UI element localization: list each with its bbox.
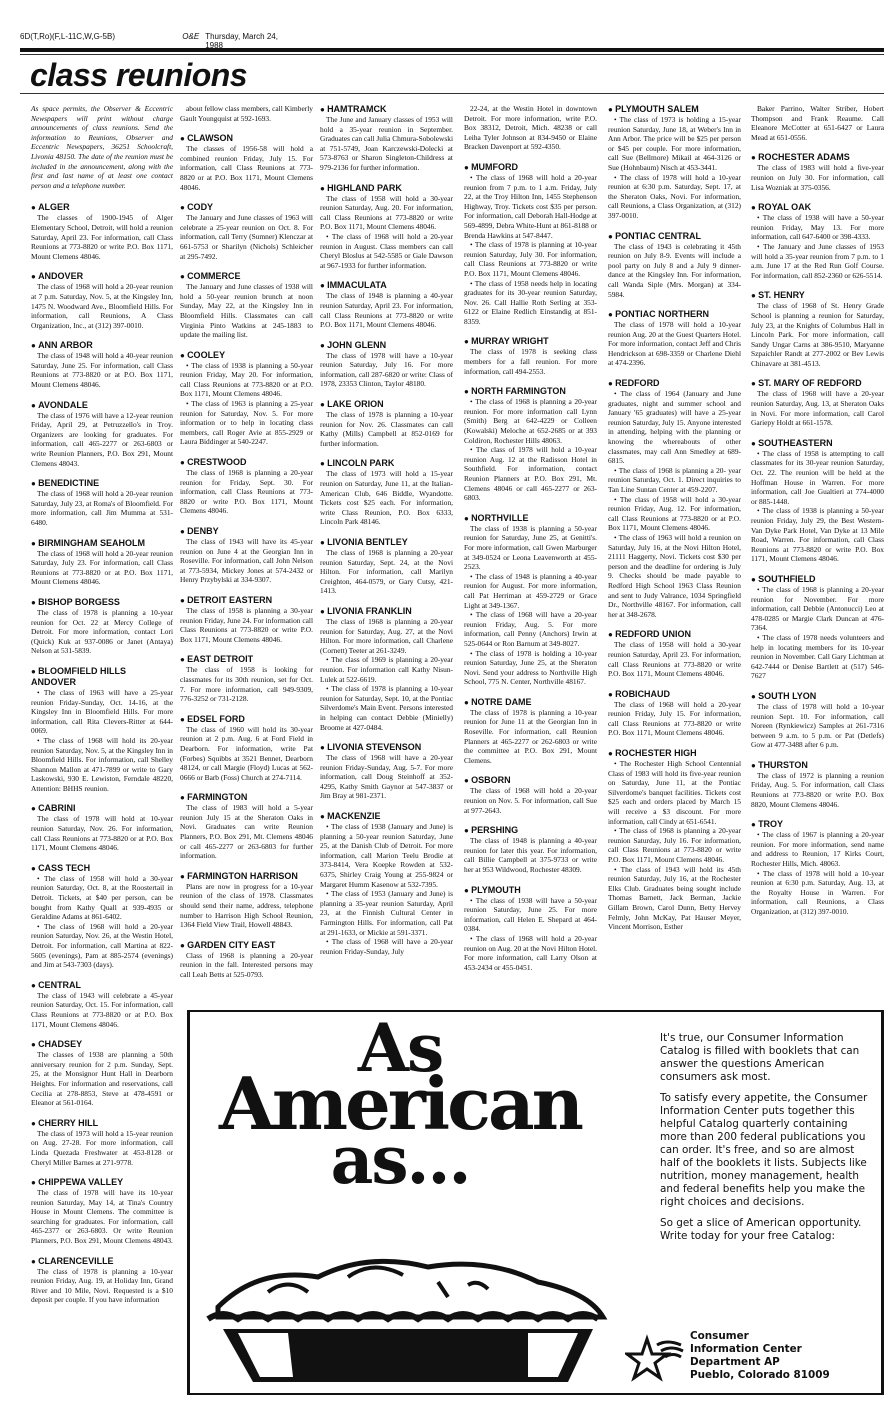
column-1: As space permits, the Observer & Eccentr… — [31, 104, 173, 1315]
reunion-listing: ALGERThe classes of 1900-1945 of Alger E… — [31, 202, 173, 261]
ad-paragraph: To satisfy every appetite, the Consumer … — [660, 1092, 870, 1209]
school-name: SOUTHFIELD — [751, 574, 884, 585]
school-name: DENBY — [180, 526, 313, 537]
school-name: NOTRE DAME — [464, 697, 597, 708]
ad-paragraph: It's true, our Consumer Information Cata… — [660, 1032, 870, 1084]
listing-text: The class of 1948 is planning a 40-year … — [464, 836, 597, 874]
reunion-listing: SOUTH LYONThe class of 1978 will hold a … — [751, 691, 884, 750]
reunion-listing: NORTH FARMINGTON• The class of 1968 is p… — [464, 386, 597, 503]
ad-paragraph: So get a slice of American opportunity. … — [660, 1217, 870, 1243]
listing-text: • The class of 1968 will hold a 20-year … — [464, 173, 597, 240]
listing-text: The class of 1958 is planning a 30-year … — [180, 606, 313, 644]
column-4: 22-24, at the Westin Hotel in downtown D… — [464, 104, 597, 982]
listing-text: • The class of 1943 will hold its 45th r… — [608, 865, 741, 932]
header-rule — [20, 48, 884, 52]
school-name: DETROIT EASTERN — [180, 595, 313, 606]
listing-text: Plans are now in progress for a 10-year … — [180, 882, 313, 930]
school-name: NORTH FARMINGTON — [464, 386, 597, 397]
consumer-info-ad: As American as... It's true, our Consume… — [187, 1010, 884, 1395]
listing-text: The class of 1978 will hold at 10-year r… — [31, 814, 173, 852]
listing-text: • The class of 1938 (January and June) i… — [320, 822, 453, 889]
reunion-listing: AVONDALEThe class of 1976 will have a 12… — [31, 400, 173, 469]
school-name: IMMACULATA — [320, 280, 453, 291]
school-name: PONTIAC CENTRAL — [608, 231, 741, 242]
school-name: CODY — [180, 202, 313, 213]
listing-text: • The class of 1969 is planning a 20-yea… — [320, 655, 453, 684]
reunion-listing: EAST DETROITThe class of 1958 is looking… — [180, 654, 313, 703]
reunion-listing: PERSHINGThe class of 1948 is planning a … — [464, 825, 597, 874]
reunion-listing: REDFORD• The class of 1964 (January and … — [608, 378, 741, 619]
reunion-listing: MUMFORD• The class of 1968 will hold a 2… — [464, 162, 597, 327]
school-name: EDSEL FORD — [180, 714, 313, 725]
reunion-listing: ROBICHAUDThe class of 1968 will hold a 2… — [608, 689, 741, 738]
listing-text: The class of 1943 will celebrate a 45-ye… — [31, 991, 173, 1029]
listing-text: The class of 1978 will hold a 10-year re… — [751, 702, 884, 750]
school-name: ROCHESTER HIGH — [608, 748, 741, 759]
listing-text: The class of 1938 is planning a 50-year … — [464, 524, 597, 572]
listing-text: The class of 1943 is celebrating it 45th… — [608, 242, 741, 300]
reunion-listing: MACKENZIE• The class of 1938 (January an… — [320, 811, 453, 956]
listing-text: The class of 1948 is planning a 40-year … — [320, 291, 453, 329]
listing-text: • The class of 1968 will hold a 20-year … — [464, 934, 597, 972]
school-name: LIVONIA BENTLEY — [320, 537, 453, 548]
listing-text: • The class of 1968 is planning a 20-yea… — [464, 397, 597, 445]
listing-text: The classes of 1938 are planning a 50th … — [31, 1050, 173, 1108]
reunion-listing: NORTHVILLEThe class of 1938 is planning … — [464, 513, 597, 687]
school-name: LIVONIA FRANKLIN — [320, 606, 453, 617]
school-name: AVONDALE — [31, 400, 173, 411]
reunion-listing: 22-24, at the Westin Hotel in downtown D… — [464, 104, 597, 152]
reunion-listing: HAMTRAMCKThe June and January classes of… — [320, 104, 453, 173]
reunion-listing: BIRMINGHAM SEAHOLMThe class of 1968 will… — [31, 538, 173, 587]
listing-text: The class of 1968 will hold a 20-year re… — [31, 282, 173, 330]
listing-text: • The class of 1978 will hold a 10-year … — [464, 445, 597, 503]
school-name: ST. MARY OF REDFORD — [751, 378, 884, 389]
listing-text: • The class of 1963 will have a 25-year … — [31, 688, 173, 736]
listing-text: • The class of 1978 will hold a 10-year … — [751, 869, 884, 917]
reunion-listing: LAKE ORIONThe class of 1978 is planning … — [320, 399, 453, 448]
listing-text: • The class of 1938 is planning a 50-yea… — [751, 506, 884, 564]
reunion-listing: Baker Parrino, Walter Striber, Hobert Th… — [751, 104, 884, 142]
listing-text: • The class of 1968 is planning a 20-yea… — [751, 585, 884, 633]
reunion-listing: PONTIAC NORTHERNThe class of 1978 will h… — [608, 309, 741, 368]
listing-text: The class of 1973 will hold a 15-year re… — [320, 469, 453, 527]
listing-text: The class of 1978 is planning a 10-year … — [31, 1267, 173, 1305]
school-name: CASS TECH — [31, 863, 173, 874]
star-flag-logo-icon — [625, 1327, 685, 1387]
listing-text: The class of 1968 will have a 20-year re… — [320, 753, 453, 801]
school-name: BLOOMFIELD HILLS ANDOVER — [31, 666, 173, 688]
reunion-listing: CRESTWOODThe class of 1968 is planning a… — [180, 457, 313, 516]
reunion-listing: CABRINIThe class of 1978 will hold at 10… — [31, 803, 173, 852]
reunion-listing: NOTRE DAMEThe class of 1978 is planning … — [464, 697, 597, 766]
reunion-listing: ST. HENRYThe class of 1968 of St. Henry … — [751, 290, 884, 368]
listing-text: • The class of 1978 needs volunteers and… — [751, 633, 884, 681]
reunion-listing: HIGHLAND PARKThe class of 1958 will hold… — [320, 183, 453, 271]
school-name: CHADSEY — [31, 1039, 173, 1050]
listing-text: The class of 1968 will hold a 20-year re… — [31, 489, 173, 527]
school-name: THURSTON — [751, 760, 884, 771]
reunion-listing: OSBORNThe class of 1968 will hold a 20-y… — [464, 775, 597, 815]
reunion-listing: LIVONIA FRANKLINThe class of 1968 is pla… — [320, 606, 453, 732]
school-name: PERSHING — [464, 825, 597, 836]
school-name: SOUTHEASTERN — [751, 438, 884, 449]
school-name: CABRINI — [31, 803, 173, 814]
school-name: LINCOLN PARK — [320, 458, 453, 469]
school-name: PLYMOUTH — [464, 885, 597, 896]
apple-pie-icon — [198, 1247, 608, 1387]
school-name: SOUTH LYON — [751, 691, 884, 702]
listing-text: Baker Parrino, Walter Striber, Hobert Th… — [751, 104, 884, 142]
listing-text: • The class of 1978 is holding a 10-year… — [464, 649, 597, 687]
reunion-listing: CENTRALThe class of 1943 will celebrate … — [31, 980, 173, 1029]
listing-text: • The class of 1973 is holding a 15-year… — [608, 115, 741, 173]
listing-text: The class of 1958 is looking for classma… — [180, 665, 313, 703]
header-rule-thin — [20, 54, 884, 55]
school-name: ST. HENRY — [751, 290, 884, 301]
listing-text: • The class of 1958 needs help in locati… — [464, 279, 597, 327]
listing-text: • The class of 1963 will hold a reunion … — [608, 533, 741, 619]
reunion-listing: GARDEN CITY EASTClass of 1968 is plannin… — [180, 940, 313, 980]
reunion-listing: BLOOMFIELD HILLS ANDOVER• The class of 1… — [31, 666, 173, 794]
school-name: FARMINGTON HARRISON — [180, 871, 313, 882]
ad-copy: It's true, our Consumer Information Cata… — [660, 1032, 870, 1251]
reunion-listing: COMMERCEThe January and June classes of … — [180, 271, 313, 340]
column-6: Baker Parrino, Walter Striber, Hobert Th… — [751, 104, 884, 927]
reunion-listing: COOLEY• The class of 1938 is planning a … — [180, 350, 313, 447]
reunion-listing: ROYAL OAK• The class of 1938 will have a… — [751, 202, 884, 280]
listing-text: The class of 1978 is planning a 10-year … — [31, 608, 173, 656]
listing-text: • The class of 1948 is planning a 40-yea… — [464, 572, 597, 610]
address-line: Information Center — [690, 1343, 830, 1356]
reunion-listing: PLYMOUTH• The class of 1938 will have a … — [464, 885, 597, 973]
listing-text: The class of 1978 is planning a 10-year … — [464, 708, 597, 766]
listing-text: The class of 1983 will hold a 5-year reu… — [180, 803, 313, 861]
listing-text: The classes of 1900-1945 of Alger Elemen… — [31, 213, 173, 261]
reunion-listing: LIVONIA BENTLEYThe class of 1968 is plan… — [320, 537, 453, 596]
listing-text: • The class of 1958 will hold a 30-year … — [608, 495, 741, 533]
reunion-listing: SOUTHFIELD• The class of 1968 is plannin… — [751, 574, 884, 681]
listing-text: • The class of 1938 is planning a 50-yea… — [180, 361, 313, 399]
listing-text: The class of 1978 will have its 10-year … — [31, 1188, 173, 1246]
listing-text: The class of 1968 will have a 20-year re… — [751, 389, 884, 427]
reunion-listing: about fellow class members, call Kimberl… — [180, 104, 313, 123]
reunion-listing: TROY• The class of 1967 is planning a 20… — [751, 819, 884, 916]
listing-text: The class of 1960 will hold its 30-year … — [180, 725, 313, 783]
listing-text: 22-24, at the Westin Hotel in downtown D… — [464, 104, 597, 152]
listing-text: • The class of 1968 will have a 20-year … — [320, 937, 453, 956]
reunion-listing: LINCOLN PARKThe class of 1973 will hold … — [320, 458, 453, 527]
reunion-listing: ROCHESTER HIGH• The Rochester High Schoo… — [608, 748, 741, 932]
reunion-listing: BISHOP BORGESSThe class of 1978 is plann… — [31, 597, 173, 656]
listing-text: The class of 1958 will hold a 30-year re… — [608, 640, 741, 678]
listing-text: about fellow class members, call Kimberl… — [180, 104, 313, 123]
listing-text: The class of 1983 will hold a five-year … — [751, 163, 884, 192]
reunion-listing: ANN ARBORThe class of 1948 will hold a 4… — [31, 340, 173, 389]
section-title: class reunions — [30, 57, 247, 93]
school-name: MURRAY WRIGHT — [464, 336, 597, 347]
listing-text: The class of 1973 will hold a 15-year re… — [31, 1129, 173, 1167]
ad-address: Consumer Information Center Department A… — [690, 1330, 830, 1382]
title-rule — [20, 93, 884, 94]
address-line: Department AP — [690, 1356, 830, 1369]
listing-text: The class of 1968 will hold a 20-year re… — [464, 786, 597, 815]
listing-text: The June and January classes of 1953 wil… — [320, 115, 453, 173]
reunion-listing: ROCHESTER ADAMSThe class of 1983 will ho… — [751, 152, 884, 192]
school-name: BISHOP BORGESS — [31, 597, 173, 608]
school-name: FARMINGTON — [180, 792, 313, 803]
reunion-listing: IMMACULATAThe class of 1948 is planning … — [320, 280, 453, 329]
reunion-listing: CLAWSONThe classes of 1956-58 will hold … — [180, 133, 313, 192]
reunion-listing: PONTIAC CENTRALThe class of 1943 is cele… — [608, 231, 741, 300]
school-name: NORTHVILLE — [464, 513, 597, 524]
school-name: CLAWSON — [180, 133, 313, 144]
school-name: MACKENZIE — [320, 811, 453, 822]
listing-text: • The class of 1963 is planning a 25-yea… — [180, 399, 313, 447]
school-name: CRESTWOOD — [180, 457, 313, 468]
school-name: MUMFORD — [464, 162, 597, 173]
listing-text: The class of 1948 will hold a 40-year re… — [31, 351, 173, 389]
school-name: JOHN GLENN — [320, 340, 453, 351]
listing-text: • The class of 1938 will have a 50-year … — [464, 896, 597, 934]
school-name: BIRMINGHAM SEAHOLM — [31, 538, 173, 549]
listing-text: The class of 1968 of St. Henry Grade Sch… — [751, 301, 884, 368]
school-name: PONTIAC NORTHERN — [608, 309, 741, 320]
school-name: HAMTRAMCK — [320, 104, 453, 115]
school-name: ROCHESTER ADAMS — [751, 152, 884, 163]
reunion-listing: DENBYThe class of 1943 will have its 45-… — [180, 526, 313, 585]
reunion-listing: SOUTHEASTERN• The class of 1958 is attem… — [751, 438, 884, 564]
school-name: CENTRAL — [31, 980, 173, 991]
listing-text: • The class of 1964 (January and June gr… — [608, 389, 741, 466]
reunion-listing: ST. MARY OF REDFORDThe class of 1968 wil… — [751, 378, 884, 427]
listing-text: The class of 1978 is seeking class membe… — [464, 347, 597, 376]
school-name: ANDOVER — [31, 271, 173, 282]
reunion-listing: FARMINGTONThe class of 1983 will hold a … — [180, 792, 313, 861]
listing-text: The class of 1978 will have a 10-year re… — [320, 351, 453, 389]
reunion-listing: REDFORD UNIONThe class of 1958 will hold… — [608, 629, 741, 678]
school-name: REDFORD — [608, 378, 741, 389]
column-3: HAMTRAMCKThe June and January classes of… — [320, 104, 453, 966]
listing-text: Class of 1968 is planning a 20-year reun… — [180, 951, 313, 980]
reunion-listing: PLYMOUTH SALEM• The class of 1973 is hol… — [608, 104, 741, 221]
listing-text: • The class of 1968 is planning a 20-yea… — [608, 826, 741, 864]
listing-text: • The class of 1968 will have a 20-year … — [464, 610, 597, 648]
listing-text: • The class of 1958 will hold a 30-year … — [31, 874, 173, 922]
listing-text: The class of 1978 is planning a 10-year … — [320, 410, 453, 448]
school-name: PLYMOUTH SALEM — [608, 104, 741, 115]
school-name: CLARENCEVILLE — [31, 1256, 173, 1267]
school-name: EAST DETROIT — [180, 654, 313, 665]
listing-text: The class of 1968 will hold a 20-year re… — [608, 700, 741, 738]
listing-text: The January and June classes of 1938 wil… — [180, 282, 313, 340]
ad-headline: As American as... — [190, 1020, 610, 1188]
listing-text: The class of 1978 will hold a 10-year re… — [608, 320, 741, 368]
column-5: PLYMOUTH SALEM• The class of 1973 is hol… — [608, 104, 741, 942]
listing-text: The class of 1972 is planning a reunion … — [751, 771, 884, 809]
listing-text: The class of 1976 will have a 12-year re… — [31, 411, 173, 469]
reunion-listing: CHIPPEWA VALLEYThe class of 1978 will ha… — [31, 1177, 173, 1246]
listing-text: • The class of 1967 is planning a 20-yea… — [751, 830, 884, 868]
school-name: BENEDICTINE — [31, 478, 173, 489]
listing-text: • The class of 1938 will have a 50-year … — [751, 213, 884, 242]
school-name: ROBICHAUD — [608, 689, 741, 700]
listing-text: The class of 1968 is planning a 20-year … — [320, 617, 453, 655]
reunion-listing: MURRAY WRIGHTThe class of 1978 is seekin… — [464, 336, 597, 376]
reunion-listing: CASS TECH• The class of 1958 will hold a… — [31, 863, 173, 970]
school-name: COOLEY — [180, 350, 313, 361]
school-name: REDFORD UNION — [608, 629, 741, 640]
listing-text: • The class of 1968 is planning a 20- ye… — [608, 466, 741, 495]
listing-text: The class of 1968 is planning a 20-year … — [180, 468, 313, 516]
reunion-listing: BENEDICTINEThe class of 1968 will hold a… — [31, 478, 173, 527]
address-line: Consumer — [690, 1330, 830, 1343]
reunion-listing: CODYThe January and June classes of 1963… — [180, 202, 313, 261]
reunion-listing: LIVONIA STEVENSONThe class of 1968 will … — [320, 742, 453, 801]
school-name: OSBORN — [464, 775, 597, 786]
listing-text: The classes of 1956-58 will hold a combi… — [180, 144, 313, 192]
intro-note: As space permits, the Observer & Eccentr… — [31, 104, 173, 190]
reunion-listing: CHERRY HILLThe class of 1973 will hold a… — [31, 1118, 173, 1167]
school-name: ALGER — [31, 202, 173, 213]
reunion-listing: CHADSEYThe classes of 1938 are planning … — [31, 1039, 173, 1108]
reunion-listing: DETROIT EASTERNThe class of 1958 is plan… — [180, 595, 313, 644]
listing-text: The January and June classes of 1963 wil… — [180, 213, 313, 261]
school-name: COMMERCE — [180, 271, 313, 282]
school-name: CHERRY HILL — [31, 1118, 173, 1129]
listing-text: • The class of 1968 will hold a 20-year … — [320, 232, 453, 270]
school-name: HIGHLAND PARK — [320, 183, 453, 194]
listing-text: • The class of 1978 is planning a 10-yea… — [320, 684, 453, 732]
listing-text: • The class of 1978 will hold a 10-year … — [608, 173, 741, 221]
listing-text: • The January and June classes of 1953 w… — [751, 242, 884, 280]
listing-text: • The class of 1978 is planning at 10-ye… — [464, 240, 597, 278]
listing-text: • The class of 1958 is attempting to cal… — [751, 449, 884, 507]
column-2: about fellow class members, call Kimberl… — [180, 104, 313, 990]
listing-text: The class of 1968 will hold a 20-year re… — [31, 549, 173, 587]
address-line: Pueblo, Colorado 81009 — [690, 1369, 830, 1382]
reunion-listing: ANDOVERThe class of 1968 will hold a 20-… — [31, 271, 173, 330]
listing-text: The class of 1968 is planning a 20-year … — [320, 548, 453, 596]
school-name: LIVONIA STEVENSON — [320, 742, 453, 753]
school-name: CHIPPEWA VALLEY — [31, 1177, 173, 1188]
listing-text: • The Rochester High School Centennial C… — [608, 759, 741, 826]
listing-text: • The class of 1968 will hold its 20-yea… — [31, 736, 173, 794]
school-name: GARDEN CITY EAST — [180, 940, 313, 951]
reunion-listing: EDSEL FORDThe class of 1960 will hold it… — [180, 714, 313, 783]
reunion-listing: THURSTONThe class of 1972 is planning a … — [751, 760, 884, 809]
school-name: ROYAL OAK — [751, 202, 884, 213]
listing-text: The class of 1958 will hold a 30-year re… — [320, 194, 453, 232]
reunion-listing: CLARENCEVILLEThe class of 1978 is planni… — [31, 1256, 173, 1305]
listing-text: The class of 1943 will have its 45-year … — [180, 537, 313, 585]
reunion-listing: JOHN GLENNThe class of 1978 will have a … — [320, 340, 453, 389]
school-name: ANN ARBOR — [31, 340, 173, 351]
school-name: TROY — [751, 819, 884, 830]
reunion-listing: FARMINGTON HARRISONPlans are now in prog… — [180, 871, 313, 930]
listing-text: • The class of 1968 will hold a 20-year … — [31, 922, 173, 970]
school-name: LAKE ORION — [320, 399, 453, 410]
listing-text: • The class of 1953 (January and June) i… — [320, 889, 453, 937]
